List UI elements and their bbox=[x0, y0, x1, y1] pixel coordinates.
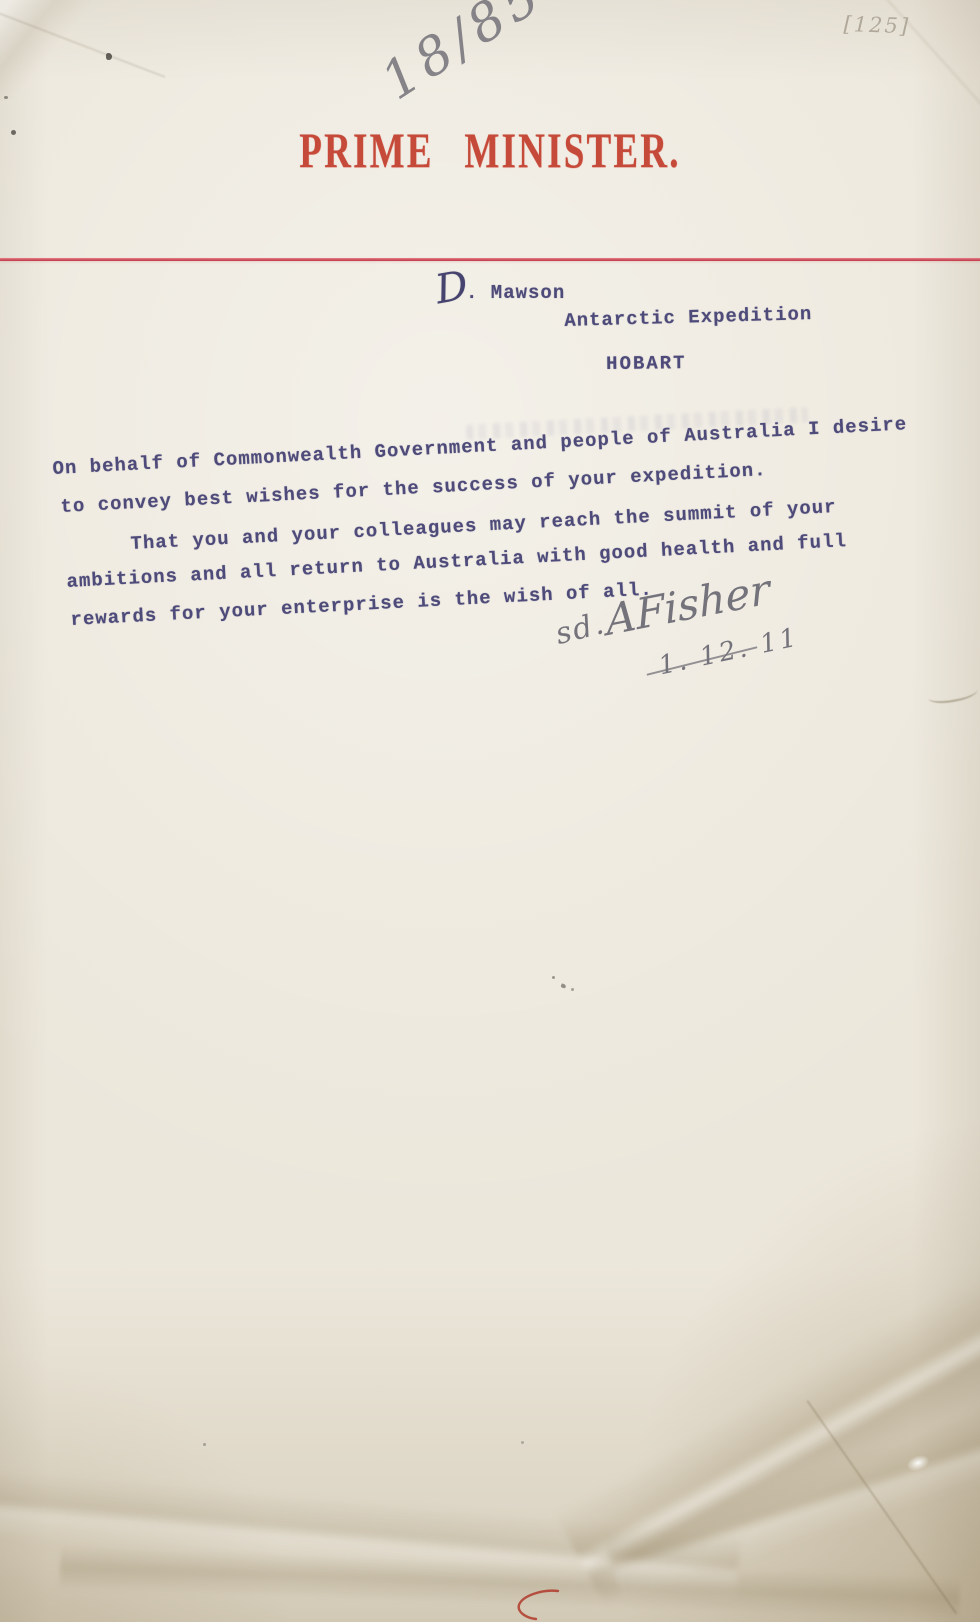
bottom-edge-crease bbox=[59, 1544, 960, 1621]
corner-highlight bbox=[903, 1451, 933, 1475]
signature-prefix: sd. bbox=[552, 606, 609, 652]
bottom-crease bbox=[0, 1464, 742, 1602]
folio-number-pencil: [125] bbox=[843, 12, 910, 38]
pencil-speck bbox=[560, 983, 566, 988]
bottom-right-crease bbox=[553, 1202, 980, 1608]
pencil-speck bbox=[571, 988, 574, 991]
pencil-speck bbox=[552, 976, 555, 979]
registry-number-handwritten: 18/85 bbox=[371, 0, 555, 112]
recipient-city: HOBART bbox=[606, 352, 687, 375]
ink-speck bbox=[11, 130, 16, 135]
top-left-crease bbox=[0, 8, 165, 78]
ink-speck bbox=[4, 96, 8, 99]
dust-speck bbox=[521, 1441, 524, 1444]
recipient-name: . Mawson bbox=[466, 282, 565, 304]
letter-page: 18/85 [125] PRIME MINISTER. D . Mawson A… bbox=[0, 0, 980, 1622]
right-edge-tear bbox=[927, 683, 979, 705]
corner-crease-line bbox=[806, 1400, 957, 1614]
ink-speck bbox=[106, 53, 112, 60]
letterhead-rule bbox=[0, 258, 980, 261]
red-pen-mark bbox=[512, 1588, 564, 1622]
top-left-fold-shade bbox=[0, 0, 146, 106]
letterhead-title: PRIME MINISTER. bbox=[127, 121, 852, 179]
dust-speck bbox=[203, 1443, 206, 1446]
bottom-right-crease-2 bbox=[602, 1373, 980, 1600]
recipient-organisation: Antarctic Expedition bbox=[564, 303, 813, 332]
